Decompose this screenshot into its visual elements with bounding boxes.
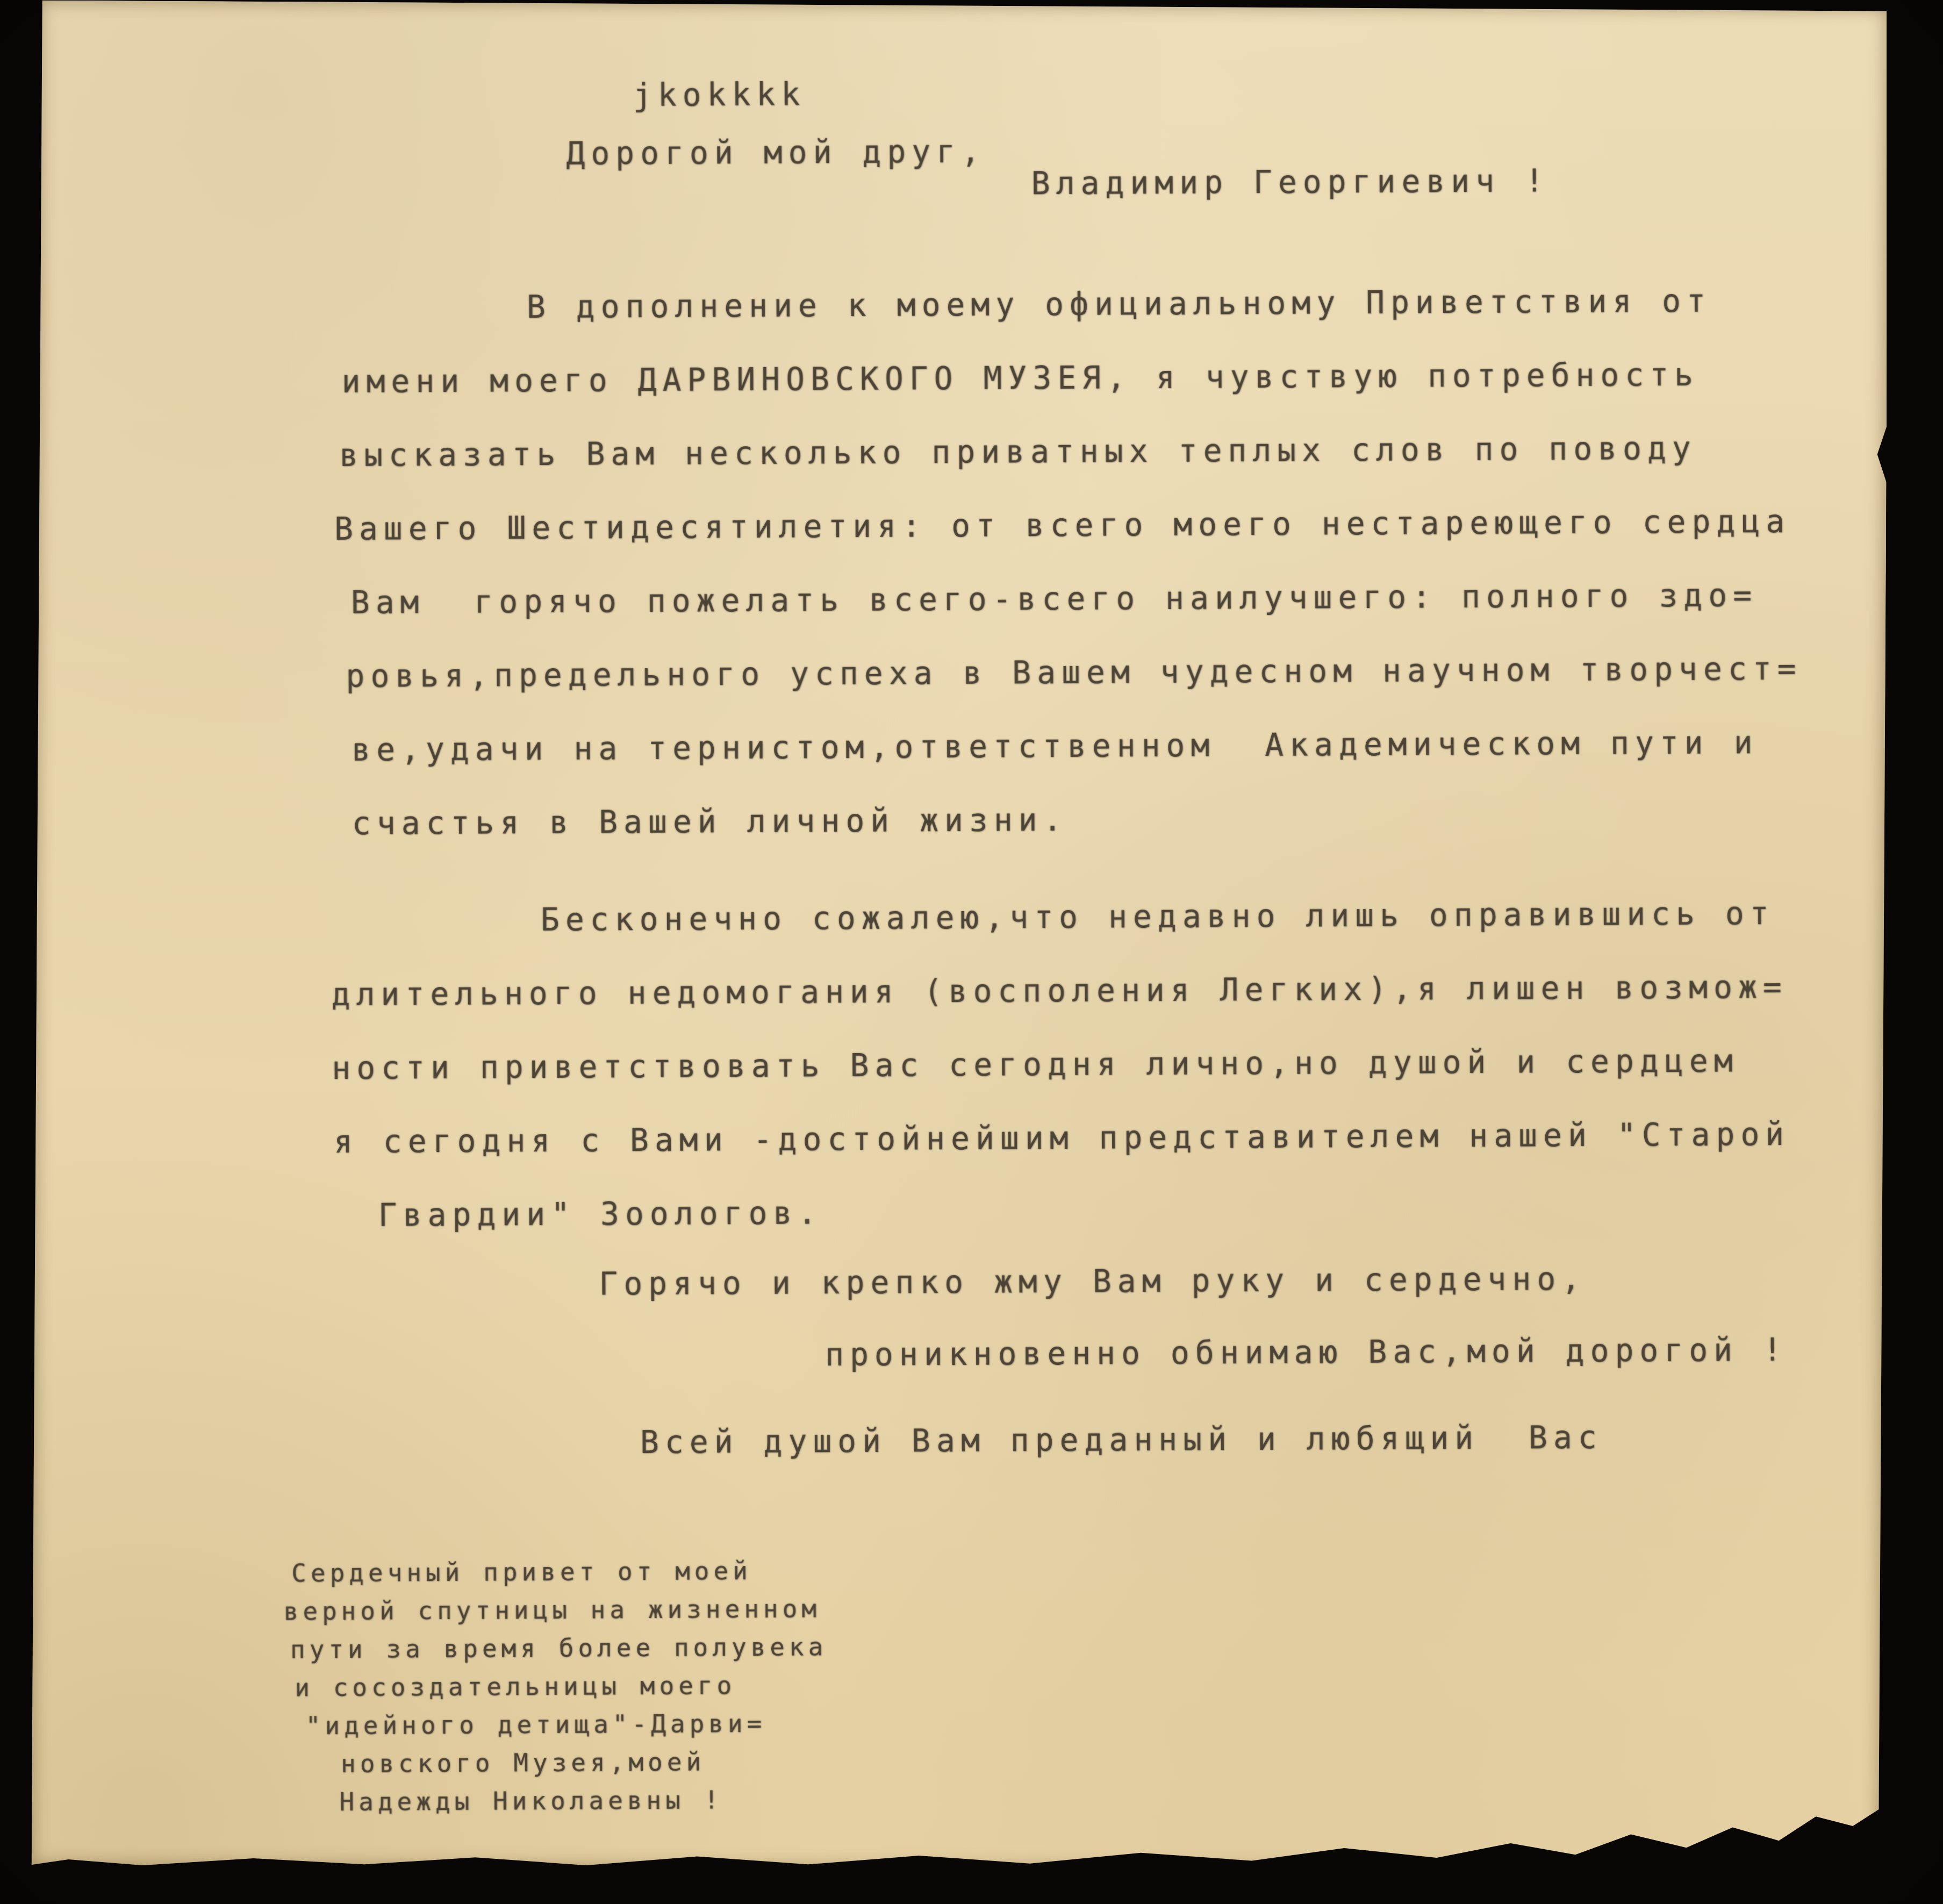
body-line-5: Вам горячо пожелать всего-всего наилучше… — [351, 577, 1758, 621]
body-line-12: я сегодня с Вами -достойнейшим представи… — [334, 1116, 1790, 1160]
body-line-10: длительного недомогания (восполения Легк… — [331, 969, 1788, 1013]
body-line-4: Вашего Шестидесятилетия: от всего моего … — [334, 503, 1791, 547]
valediction-line: Всей душой Вам преданный и любящий Вас — [640, 1419, 1603, 1461]
postscript-line-7: Надежды Николаевны ! — [339, 1785, 723, 1816]
typo-test-strike: jkokkkk — [633, 76, 806, 113]
closing-line-2: проникновенно обнимаю Вас,мой дорогой ! — [825, 1332, 1788, 1373]
postscript-line-6: новского Музея,моей — [341, 1748, 705, 1779]
postscript-line-5: "идейного детища"-Дарви= — [306, 1709, 766, 1740]
addressee-line: Владимир Георгиевич ! — [1031, 162, 1550, 202]
closing-line-1: Горячо и крепко жму Вам руку и сердечно, — [599, 1261, 1586, 1302]
postscript-line-1: Сердечный привет от моей — [291, 1556, 752, 1587]
body-line-13: Гвардии" Зоологов. — [378, 1194, 823, 1233]
body-line-1: В дополнение к моему официальному Привет… — [527, 283, 1711, 326]
postscript-line-4: и сосоздательницы моего — [295, 1671, 736, 1702]
body-line-7: ве,удачи на тернистом,ответственном Акад… — [352, 724, 1759, 768]
postscript-line-2: верной спутницы на жизненном — [283, 1594, 821, 1626]
typewritten-text-layer: jkokkkk Дорогой мой друг, Владимир Георг… — [31, 0, 1889, 1876]
body-line-6: ровья,предельного успеха в Вашем чудесно… — [346, 650, 1802, 695]
postscript-line-3: пути за время более полувека — [290, 1632, 828, 1664]
salutation-line: Дорогой мой друг, — [566, 133, 986, 172]
body-line-11: ности приветствовать Вас сегодня лично,н… — [332, 1042, 1739, 1086]
letter-paper: jkokkkk Дорогой мой друг, Владимир Георг… — [31, 1, 1888, 1875]
body-line-2: имени моего ДАРВИНОВСКОГО МУЗЕЯ, я чувст… — [341, 356, 1699, 400]
body-line-3: высказать Вам несколько приватных теплых… — [339, 430, 1697, 474]
body-line-8: счастья в Вашей личной жизни. — [352, 801, 1068, 842]
body-line-9: Бесконечно сожалею,что недавно лишь опра… — [541, 895, 1775, 938]
